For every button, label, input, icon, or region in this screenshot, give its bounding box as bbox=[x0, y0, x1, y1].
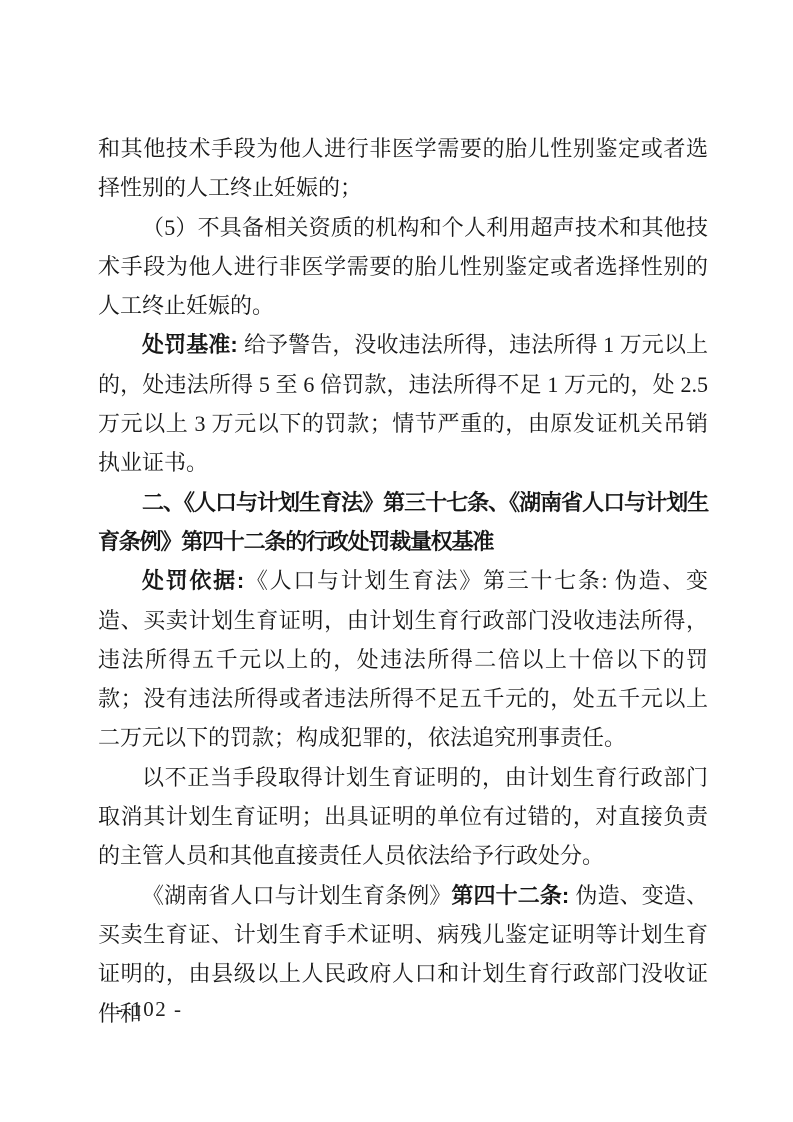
article-42-label: 第四十二条: bbox=[451, 883, 575, 908]
paragraph-hunan-regulation: 《湖南省人口与计划生育条例》第四十二条: 伪造、变造、买卖生育证、计划生育手术证… bbox=[98, 876, 708, 1033]
paragraph-continuation: 和其他技术手段为他人进行非医学需要的胎儿性别鉴定或者选择性别的人工终止妊娠的； bbox=[98, 129, 708, 208]
section-heading: 二、《人口与计划生育法》第三十七条、《湖南省人口与计划生育条例》第四十二条的行政… bbox=[98, 483, 708, 562]
paragraph-improper-means: 以不正当手段取得计划生育证明的，由计划生育行政部门取消其计划生育证明；出具证明的… bbox=[98, 758, 708, 876]
penalty-standard-label: 处罚基准: bbox=[142, 332, 244, 357]
page-number: - 102 - bbox=[116, 997, 183, 1022]
document-page: 和其他技术手段为他人进行非医学需要的胎儿性别鉴定或者选择性别的人工终止妊娠的； … bbox=[0, 0, 793, 1122]
paragraph-penalty-standard: 处罚基准: 给予警告，没收违法所得，违法所得 1 万元以上的，处违法所得 5 至… bbox=[98, 325, 708, 482]
penalty-basis-text: 《人口与计划生育法》第三十七条: 伪造、变造、买卖计划生育证明，由计划生育行政部… bbox=[98, 568, 708, 750]
hunan-regulation-title: 《湖南省人口与计划生育条例》 bbox=[142, 883, 451, 908]
paragraph-item-5: （5）不具备相关资质的机构和个人利用超声技术和其他技术手段为他人进行非医学需要的… bbox=[98, 208, 708, 326]
paragraph-penalty-basis: 处罚依据:《人口与计划生育法》第三十七条: 伪造、变造、买卖计划生育证明，由计划… bbox=[98, 561, 708, 757]
document-content: 和其他技术手段为他人进行非医学需要的胎儿性别鉴定或者选择性别的人工终止妊娠的； … bbox=[98, 129, 708, 1033]
penalty-basis-label: 处罚依据: bbox=[142, 568, 244, 593]
